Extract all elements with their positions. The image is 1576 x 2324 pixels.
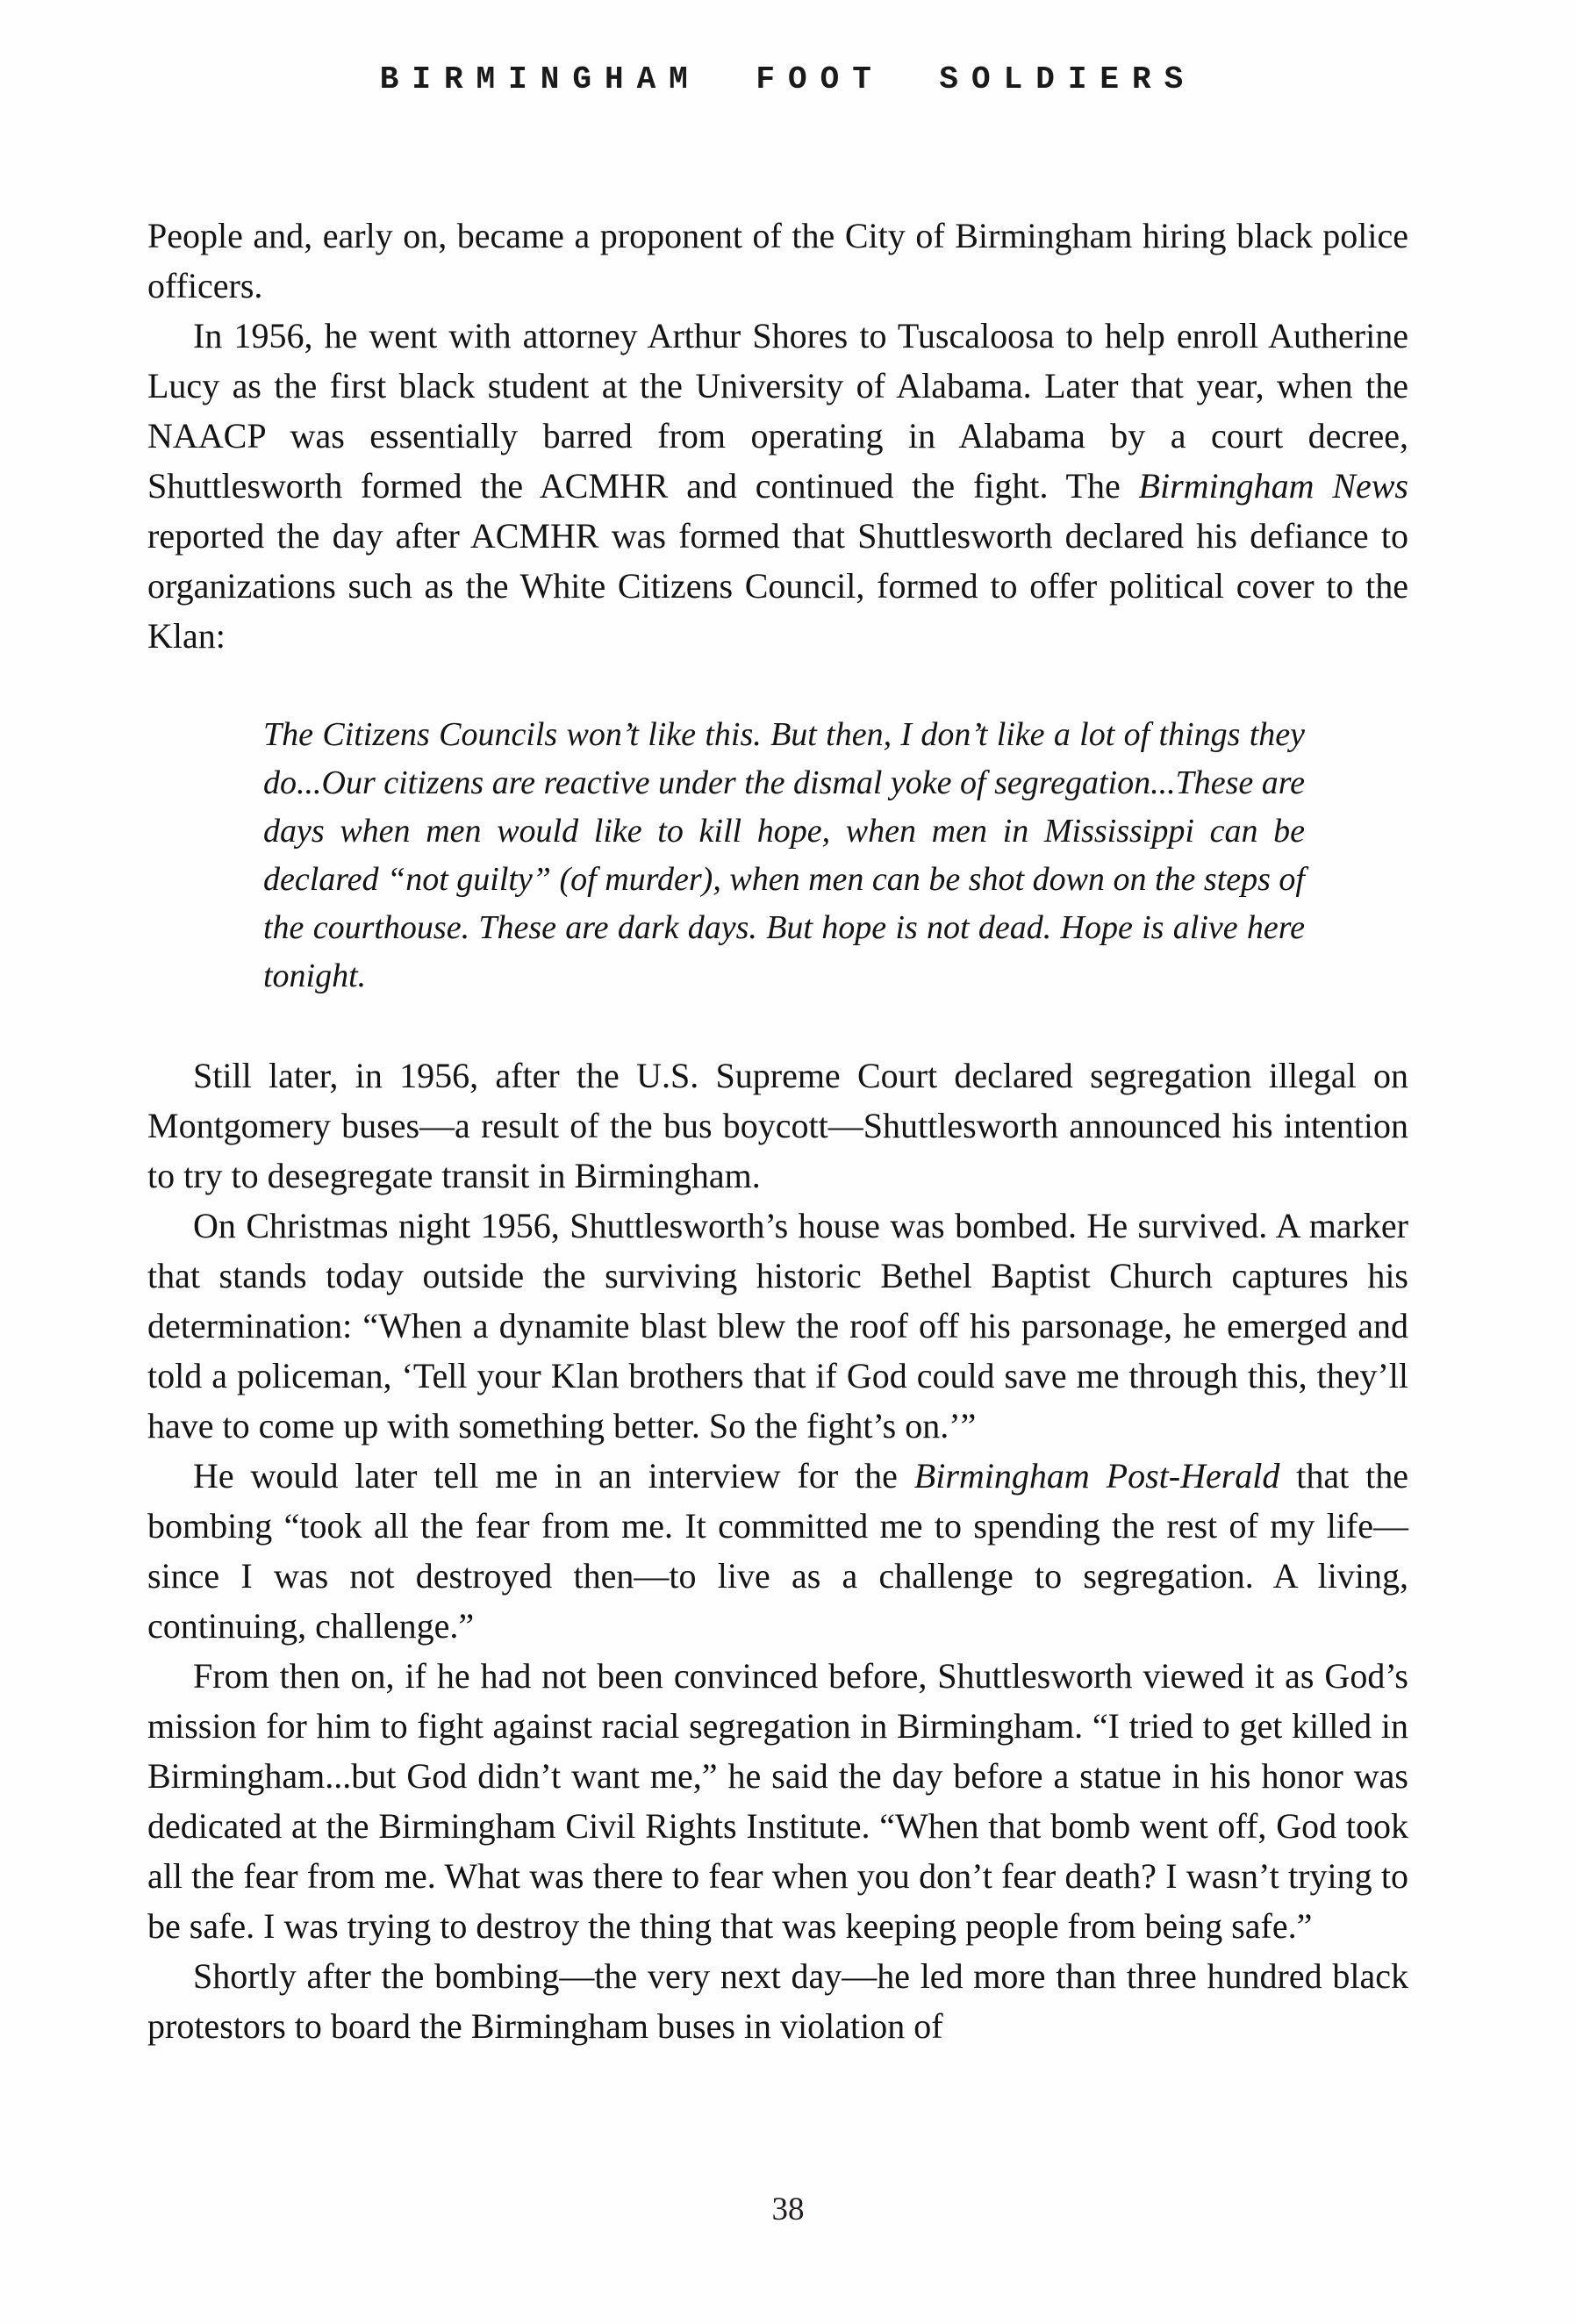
italic-text-run: The Citizens Councils won’t like this. B… (263, 716, 1305, 994)
running-header: BIRMINGHAM FOOT SOLDIERS (0, 61, 1576, 97)
paragraph: From then on, if he had not been convinc… (147, 1651, 1408, 1951)
text-run: Still later, in 1956, after the U.S. Sup… (147, 1056, 1408, 1195)
book-page: BIRMINGHAM FOOT SOLDIERS People and, ear… (0, 0, 1576, 2324)
paragraph: On Christmas night 1956, Shuttlesworth’s… (147, 1201, 1408, 1451)
paragraph: He would later tell me in an interview f… (147, 1451, 1408, 1651)
text-run: On Christmas night 1956, Shuttlesworth’s… (147, 1206, 1408, 1445)
paragraph: Still later, in 1956, after the U.S. Sup… (147, 1051, 1408, 1201)
paragraph: In 1956, he went with attorney Arthur Sh… (147, 311, 1408, 661)
text-run: reported the day after ACMHR was formed … (147, 516, 1408, 656)
text-run: He would later tell me in an interview f… (193, 1456, 914, 1496)
page-body: People and, early on, became a proponent… (147, 211, 1408, 2051)
text-run: Shortly after the bombing—the very next … (147, 1956, 1408, 2046)
italic-text-run: Birmingham News (1139, 466, 1408, 506)
text-run: People and, early on, became a proponent… (147, 216, 1408, 305)
page-number: 38 (0, 2191, 1576, 2228)
paragraph: Shortly after the bombing—the very next … (147, 1951, 1408, 2051)
paragraph: People and, early on, became a proponent… (147, 211, 1408, 311)
text-run: From then on, if he had not been convinc… (147, 1656, 1408, 1946)
italic-text-run: Birmingham Post-Herald (914, 1456, 1280, 1496)
block-quote: The Citizens Councils won’t like this. B… (263, 711, 1305, 1001)
